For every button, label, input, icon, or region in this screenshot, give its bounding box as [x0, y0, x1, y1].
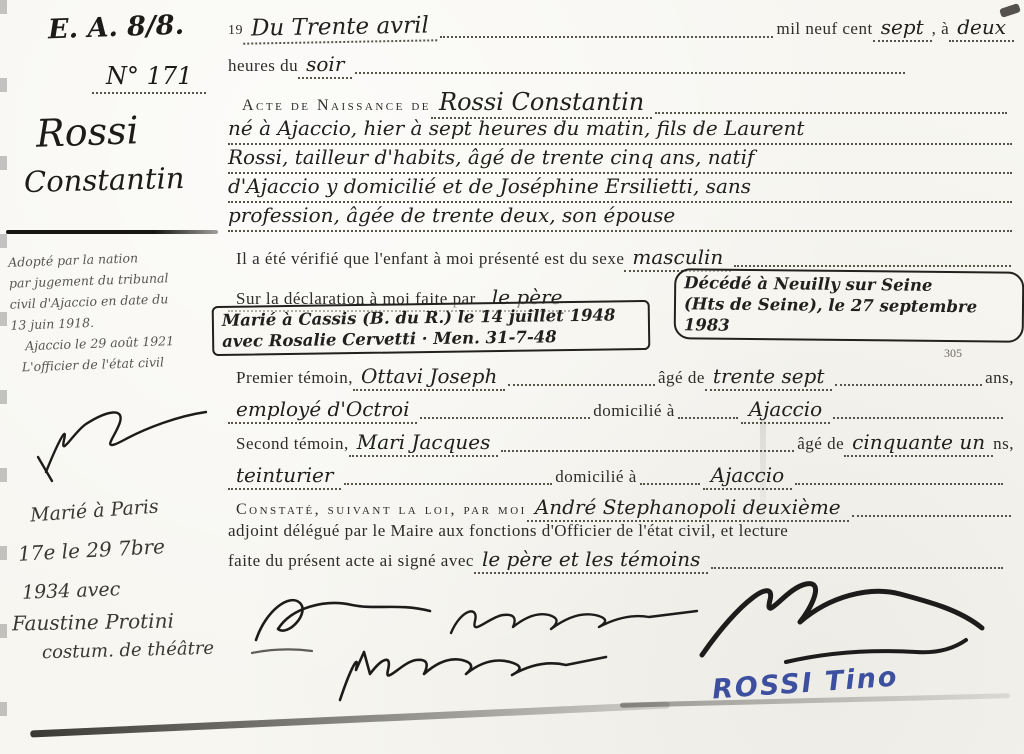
death-annotation-box: Décédé à Neuilly sur Seine (Hts de Seine… — [674, 268, 1024, 343]
margin-marriage-line: 1934 avec — [22, 578, 121, 603]
date-line: 19 Du Trente avril mil neuf cent sept , … — [228, 14, 1014, 43]
dot-leader — [355, 70, 905, 74]
dot-leader — [344, 481, 552, 485]
marriage-note-line: avec Rosalie Cervetti · Men. 31-7-48 — [222, 325, 640, 352]
death-note-line: (Hts de Seine), le 27 septembre — [684, 293, 1014, 317]
first-witness-line: Premier témoin, Ottavi Joseph âgé de tre… — [236, 364, 1014, 391]
second-witness-label: Second témoin, — [236, 434, 349, 454]
signed-with-label: faite du présent acte ai signé avec — [228, 551, 474, 571]
death-note-line: 1983 — [684, 314, 1014, 338]
signature-stephanopoli — [330, 640, 630, 710]
margin-surname-text: Rossi — [35, 108, 139, 156]
domicile-label: domicilié à — [593, 401, 675, 421]
closing-printed-text: adjoint délégué par le Maire aux fonctio… — [228, 521, 788, 541]
birth-text-handwritten: Rossi, tailleur d'habits, âgé de trente … — [228, 145, 754, 169]
second-witness-place-handwritten: Ajaccio — [703, 463, 792, 490]
second-witness-detail-line: teinturier domicilié à Ajaccio — [228, 463, 1006, 490]
acte-title-line: Acte de Naissance de Rossi Constantin — [242, 88, 1010, 119]
dot-leader — [640, 481, 700, 485]
acte-title-label: Acte de Naissance de — [242, 97, 431, 115]
act-date-handwritten: Du Trente avril — [243, 12, 437, 44]
birth-text-handwritten: d'Ajaccio y domicilié et de Joséphine Er… — [228, 174, 751, 198]
birth-text-handwritten: né à Ajaccio, hier à sept heures du mati… — [228, 116, 804, 140]
year-printed: 19 — [228, 23, 243, 39]
ans-label: ns, — [993, 434, 1014, 454]
document-page: { "topline": { "ref": "E. A. 8/8.", "yea… — [0, 0, 1024, 754]
margin-surname: Rossi — [36, 110, 139, 154]
birth-paragraph-line: d'Ajaccio y domicilié et de Joséphine Er… — [228, 174, 1012, 203]
soir-handwritten: soir — [298, 52, 352, 79]
registry-reference: E. A. 8/8. — [48, 12, 184, 43]
second-witness-occupation-handwritten: teinturier — [228, 463, 341, 490]
second-witness-name-handwritten: Mari Jacques — [349, 430, 499, 457]
rossi-tino-autograph: ROSSI Tino — [712, 668, 899, 699]
dot-leader — [795, 481, 1003, 485]
act-number-text: N° 171 — [92, 62, 206, 94]
margin-divider — [6, 230, 218, 234]
margin-marriage-text: costum. de théâtre — [42, 638, 215, 663]
registry-reference-text: E. A. 8/8. — [48, 10, 185, 46]
margin-marriage-text: Faustine Protini — [12, 609, 174, 636]
dot-leader — [833, 415, 1003, 419]
adoption-marginal-note: Adopté par la nation par jugement du tri… — [8, 244, 227, 377]
dot-leader — [440, 34, 774, 38]
margin-marriage-line: Faustine Protini — [12, 609, 174, 636]
birth-text-handwritten: profession, âgée de trente deux, son épo… — [228, 203, 675, 227]
age-label: âgé de — [797, 434, 844, 454]
first-witness-occupation-handwritten: employé d'Octroi — [228, 397, 417, 424]
margin-marriage-text: Marié à Paris — [29, 496, 159, 527]
sex-verification-line: Il a été vérifié que l'enfant à moi prés… — [236, 245, 1014, 272]
first-witness-place-handwritten: Ajaccio — [741, 397, 830, 424]
hour-handwritten: deux — [949, 15, 1014, 42]
birth-paragraph-line: Rossi, tailleur d'habits, âgé de trente … — [228, 145, 1012, 174]
dot-leader — [420, 415, 590, 419]
constate-label: Constaté, suivant la loi, par moi — [236, 501, 527, 519]
ans-label: ans, — [985, 368, 1014, 388]
scan-smudge — [760, 420, 766, 540]
page-number-text: 305 — [944, 346, 962, 361]
margin-marriage-text: 17e le 29 7bre — [17, 534, 165, 566]
margin-marriage-line: 17e le 29 7bre — [17, 534, 165, 566]
dot-leader — [734, 263, 1011, 267]
a-separator: , à — [932, 19, 950, 39]
dot-leader — [501, 448, 794, 452]
page-number: 305 — [944, 346, 962, 361]
signature-mari — [690, 570, 990, 670]
birth-paragraph-line: né à Ajaccio, hier à sept heures du mati… — [228, 116, 1012, 145]
hour-line: heures du soir — [228, 52, 908, 79]
closing-line-2: adjoint délégué par le Maire aux fonctio… — [228, 521, 1012, 541]
mil-neuf-cent-label: mil neuf cent — [776, 19, 872, 39]
margin-officer-signature — [28, 402, 218, 487]
first-witness-label: Premier témoin, — [236, 368, 353, 388]
dot-leader — [508, 382, 655, 386]
sex-verification-label: Il a été vérifié que l'enfant à moi prés… — [236, 249, 624, 269]
first-witness-name-handwritten: Ottavi Joseph — [353, 364, 505, 391]
domicile-label: domicilié à — [555, 467, 637, 487]
closing-line-1: Constaté, suivant la loi, par moi André … — [236, 495, 1014, 522]
dot-leader — [678, 415, 738, 419]
dot-leader — [655, 110, 1007, 114]
margin-marriage-line: Marié à Paris — [29, 496, 159, 527]
margin-firstname-text: Constantin — [24, 161, 185, 199]
dot-leader — [852, 513, 1011, 517]
dot-leader — [711, 565, 1003, 569]
margin-marriage-text: 1934 avec — [22, 578, 121, 603]
scan-edge-marks — [0, 0, 7, 754]
age-label: âgé de — [658, 368, 705, 388]
margin-firstname: Constantin — [24, 163, 184, 197]
margin-marriage-line: costum. de théâtre — [42, 638, 215, 663]
second-witness-line: Second témoin, Mari Jacques âgé de cinqu… — [236, 430, 1014, 457]
dot-leader — [835, 382, 982, 386]
birth-paragraph-line: profession, âgée de trente deux, son épo… — [228, 203, 1012, 232]
second-witness-age-handwritten: cinquante un — [844, 430, 993, 457]
heures-du-label: heures du — [228, 56, 298, 76]
officer-name-handwritten: André Stephanopoli deuxième — [527, 495, 849, 522]
child-name-handwritten: Rossi Constantin — [431, 88, 652, 119]
first-witness-detail-line: employé d'Octroi domicilié à Ajaccio — [228, 397, 1006, 424]
signed-with-handwritten: le père et les témoins — [474, 547, 709, 574]
first-witness-age-handwritten: trente sept — [705, 364, 832, 391]
year-word-handwritten: sept — [873, 15, 932, 42]
marriage-annotation-box: Marié à Cassis (B. du R.) le 14 juillet … — [212, 300, 651, 356]
act-number: N° 171 — [92, 62, 206, 94]
